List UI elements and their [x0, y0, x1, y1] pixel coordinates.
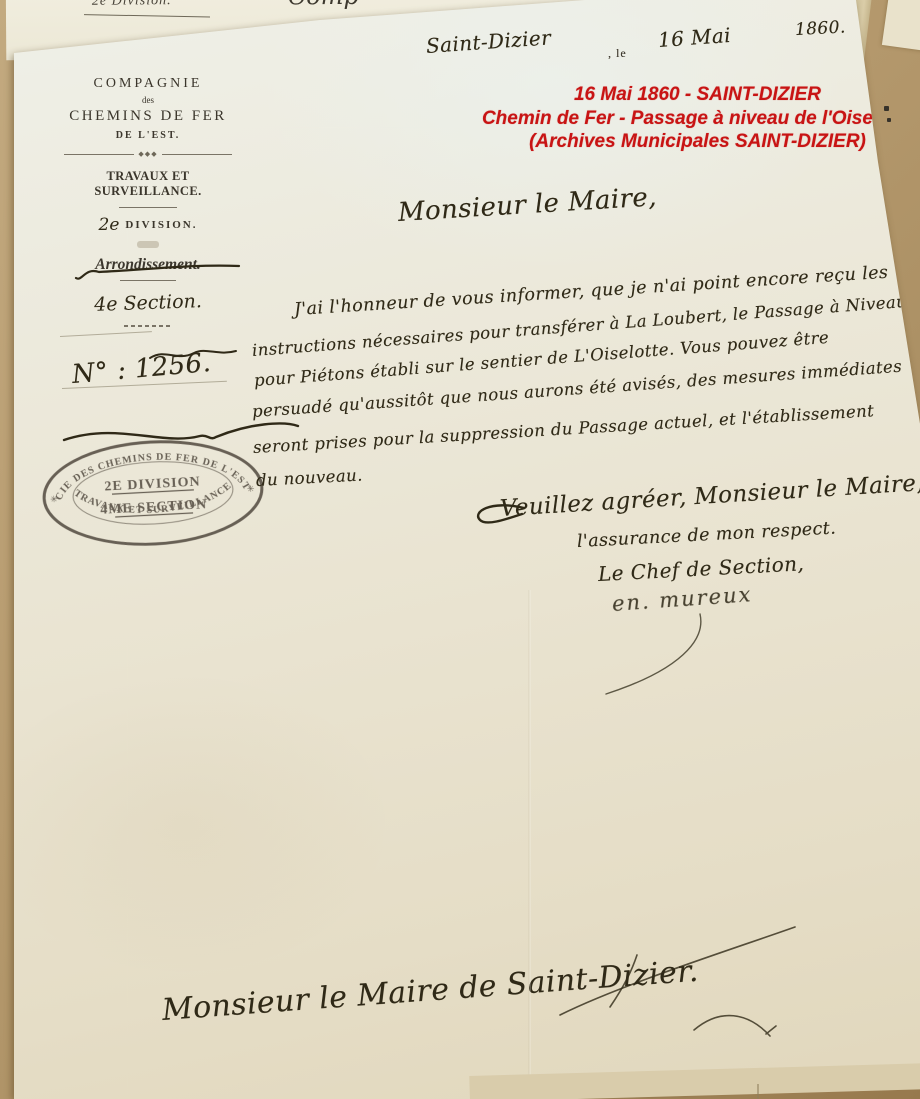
- letterhead-division-row: 2eDIVISION.: [56, 215, 240, 235]
- stamp-left-star: ✳: [50, 494, 59, 504]
- dateline-day-month: 16 Mai: [657, 23, 732, 52]
- closing-line-3: Le Chef de Section,: [597, 551, 804, 586]
- dateline-le: , le: [608, 46, 627, 61]
- dateline-place: Saint-Dizier: [425, 25, 552, 58]
- underlay-crease-line: [757, 1084, 759, 1099]
- section-handwritten: 4e Section.: [56, 289, 241, 317]
- letterhead-chemins-de-fer: CHEMINS DE FER: [56, 108, 240, 125]
- salutation: Monsieur le Maire,: [397, 182, 658, 228]
- letter-sheet: Saint-Dizier , le 16 Mai 1860. 16 Mai 18…: [0, 0, 920, 1099]
- pen-strike-stroke: [73, 258, 243, 284]
- annotation-line-1: 16 Mai 1860 - SAINT-DIZIER: [445, 83, 920, 107]
- footer-end-swash: [690, 1000, 782, 1052]
- letterhead-rule: [119, 207, 177, 208]
- signature-descender-stroke: [588, 600, 728, 700]
- letterhead-dotted-rule: [124, 325, 172, 327]
- closing-line-2: l'assurance de mon respect.: [576, 518, 836, 552]
- letterhead-de-lest: DE L'EST.: [56, 130, 240, 141]
- annotation-line-3: (Archives Municipales SAINT-DIZIER): [445, 130, 920, 154]
- archive-annotation: 16 Mai 1860 - SAINT-DIZIER Chemin de Fer…: [445, 83, 920, 154]
- letterhead-company: COMPAGNIE: [56, 76, 240, 92]
- stamp-right-star: ✳: [247, 484, 256, 494]
- arrondissement-struck-label: Arrondissement.: [95, 256, 201, 274]
- letterhead-des: des: [56, 95, 240, 105]
- annotation-line-2: Chemin de Fer - Passage à niveau de l'Oi…: [445, 107, 920, 131]
- dateline-year: 1860.: [794, 17, 846, 40]
- body-line-6: du nouveau.: [256, 465, 364, 490]
- paper-fold-crease: [528, 590, 531, 1099]
- company-oval-stamp: CIE DES CHEMINS DE FER DE L'EST TRAVAUX …: [35, 430, 271, 556]
- closing-line-1: Veuillez agréer, Monsieur le Maire,: [499, 470, 920, 522]
- letterhead-service: TRAVAUX ET SURVEILLANCE.: [56, 169, 240, 199]
- ink-smudge: [137, 241, 159, 248]
- letterhead: COMPAGNIE des CHEMINS DE FER DE L'EST. ◆…: [56, 76, 240, 327]
- letterhead-ornament-rule: ◆◆◆: [64, 150, 232, 158]
- division-label-printed: DIVISION.: [125, 219, 197, 231]
- printed-guide-line: [60, 331, 152, 337]
- archive-photo-letter: 2e Division. Comp Saint-Dizier , le 16 M…: [0, 0, 920, 1099]
- division-number-handwritten: 2e: [99, 215, 120, 235]
